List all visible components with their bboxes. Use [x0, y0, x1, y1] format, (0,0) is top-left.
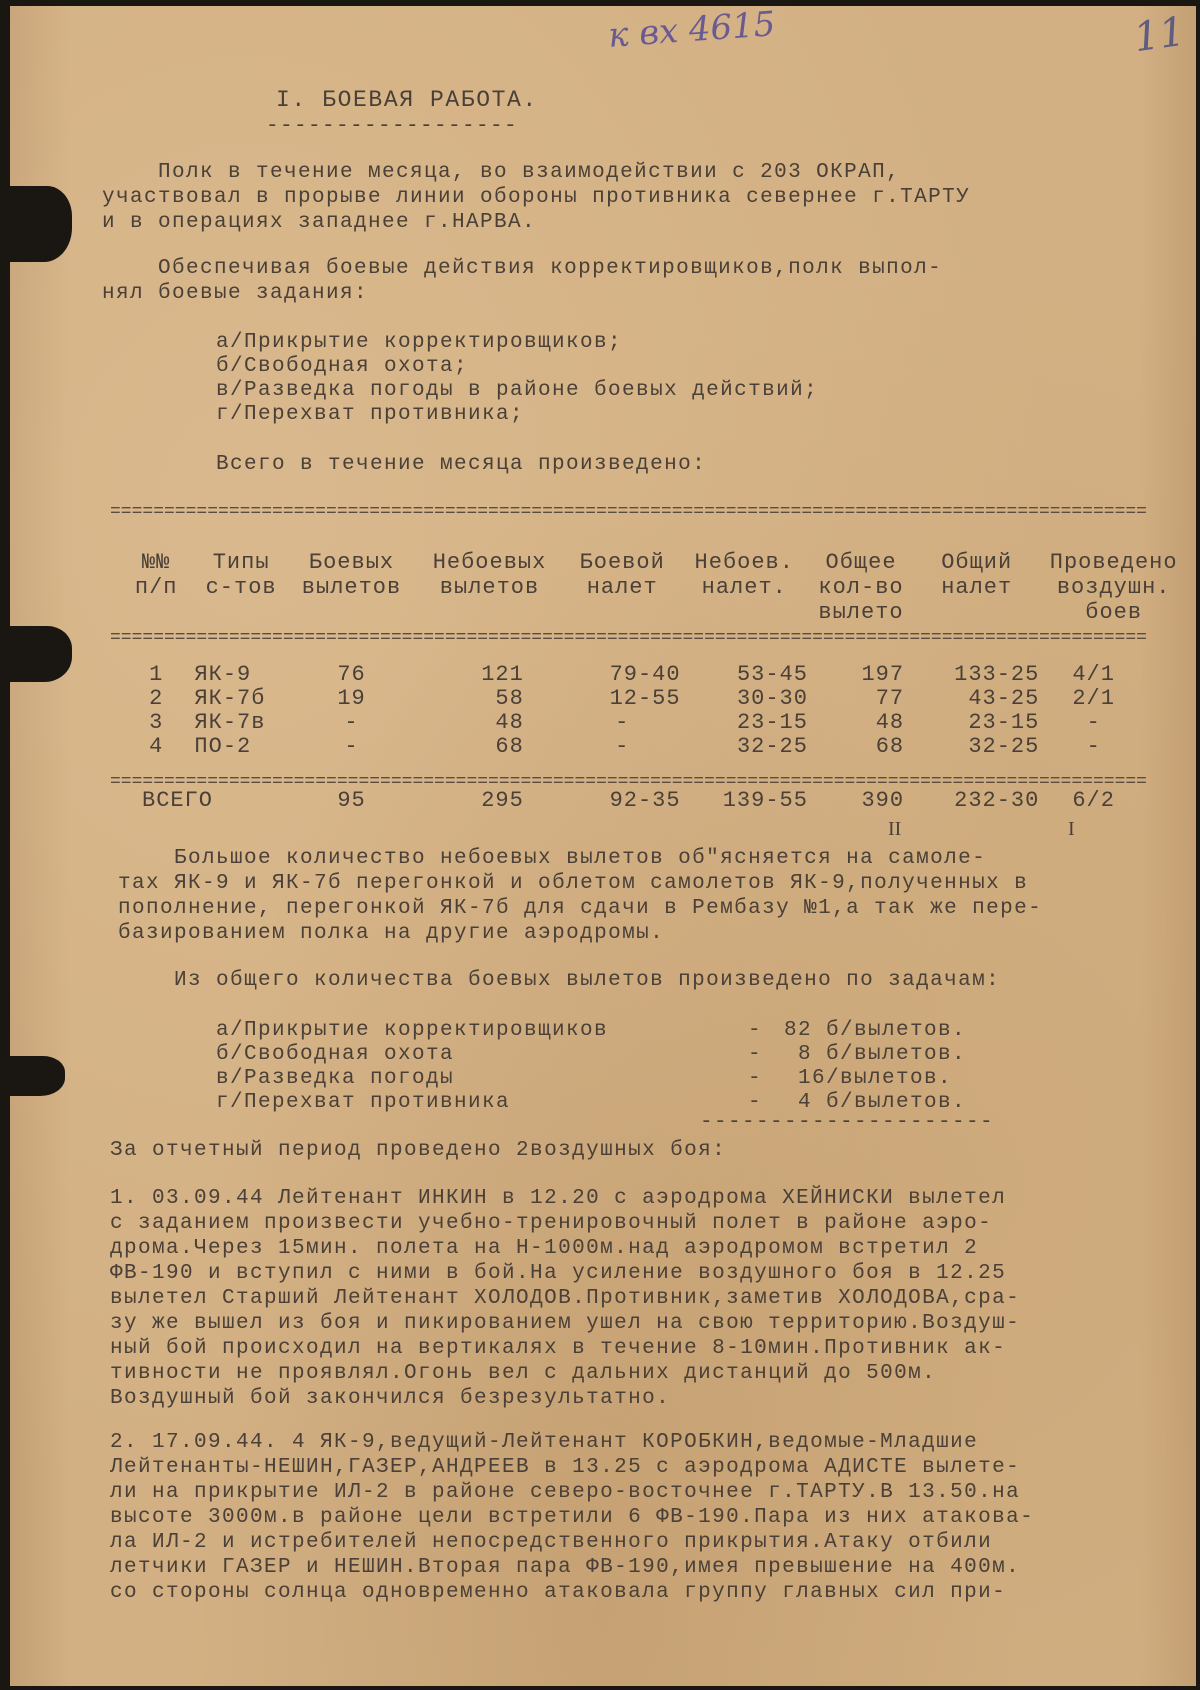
cell: 48 — [808, 711, 914, 735]
col-header-combat-flighttime: Боевойналет — [564, 550, 681, 625]
text-line: Лейтенанты-НЕШИН,ГАЗЕР,АНДРЕЕВ в 13.25 с… — [110, 1455, 1020, 1480]
cell: 53-45 — [681, 663, 808, 687]
text-line: участвовал в прорыве линии обороны проти… — [102, 185, 970, 210]
col-header-number: №№п/п — [118, 550, 194, 625]
text-line: Воздушный бой закончился безрезультатно. — [110, 1386, 670, 1411]
by-task-value: 82 б/вылетов. — [784, 1018, 966, 1043]
cell: 77 — [808, 687, 914, 711]
cell: 23-15 — [681, 711, 808, 735]
cell: 295 — [415, 789, 564, 813]
text-line: Большое количество небоевых вылетов об"я… — [118, 846, 986, 871]
cell: 48 — [415, 711, 564, 735]
col-header-type: Типыс-тов — [194, 550, 287, 625]
text-line: нял боевые задания: — [102, 281, 368, 306]
binder-hole — [10, 1056, 65, 1096]
cell: 30-30 — [681, 687, 808, 711]
cell: 23-15 — [914, 711, 1039, 735]
text-line: ли на прикрытие ИЛ-2 в районе северо-вос… — [110, 1480, 1020, 1505]
text-line: дрома.Через 15мин. полета на Н-1000м.над… — [110, 1236, 978, 1261]
cell: 2 — [118, 687, 194, 711]
by-task-label: в/Разведка погоды — [216, 1066, 454, 1091]
cell: - — [1039, 711, 1188, 735]
cell: - — [1039, 735, 1188, 759]
text-line: зу же вышел из боя и пикированием ушел н… — [110, 1311, 1020, 1336]
total-intro: Всего в течение месяца произведено: — [216, 452, 706, 477]
text-line: 1. 03.09.44 Лейтенант ИНКИН в 12.20 с аэ… — [110, 1186, 1006, 1211]
col-header-air-battles: Проведеновоздушн.боев — [1039, 550, 1188, 625]
text-line: и в операциях западнее г.НАРВА. — [102, 210, 536, 235]
text-line: ФВ-190 и вступил с ними в бой.На усилени… — [110, 1261, 1006, 1286]
page-number: 11 — [1131, 9, 1188, 62]
by-task-value: 16/вылетов. — [784, 1066, 952, 1091]
text-line: пополнение, перегонкой ЯК-7б для сдачи в… — [118, 896, 1042, 921]
by-task-label: б/Свободная охота — [216, 1042, 454, 1067]
binder-hole — [10, 626, 72, 682]
cell: 121 — [415, 663, 564, 687]
section-title: I. БОЕВАЯ РАБОТА. — [276, 88, 538, 113]
task-item: б/Свободная охота; — [216, 354, 468, 379]
table-row: 2 ЯК-7б 19 58 12-55 30-30 77 43-25 2/1 — [118, 687, 1188, 711]
text-line: тах ЯК-9 и ЯК-7б перегонкой и облетом са… — [118, 871, 1028, 896]
annotation-roman-i: I — [1068, 818, 1075, 841]
annotation-roman-ii: II — [888, 818, 901, 841]
cell: - — [564, 735, 681, 759]
text-line: 2. 17.09.44. 4 ЯК-9,ведущий-Лейтенант КО… — [110, 1430, 978, 1455]
cell: 76 — [288, 663, 415, 687]
cell: 133-25 — [914, 663, 1039, 687]
by-task-intro: Из общего количества боевых вылетов прои… — [118, 968, 1000, 993]
archive-mark: к вх 4615 — [607, 4, 777, 56]
table-row: 4 ПО-2 - 68 - 32-25 68 32-25 - — [118, 735, 1188, 759]
binder-hole — [10, 186, 72, 262]
col-header-noncombat-sorties: Небоевыхвылетов — [415, 550, 564, 625]
cell: 92-35 — [564, 789, 681, 813]
by-task-value: 8 б/вылетов. — [784, 1042, 966, 1067]
text-line: ный бой происходил на вертикалях в течен… — [110, 1336, 1006, 1361]
title-underline: ------------------ — [266, 114, 518, 139]
col-header-total-flighttime: Общийналет — [914, 550, 1039, 625]
by-task-label: г/Перехват противника — [216, 1090, 510, 1115]
cell: 1 — [118, 663, 194, 687]
cell: 58 — [415, 687, 564, 711]
cell: 139-55 — [681, 789, 808, 813]
cell: 232-30 — [914, 789, 1039, 813]
total-label: ВСЕГО — [118, 789, 288, 813]
cell: ЯК-7в — [194, 711, 287, 735]
table-row: 3 ЯК-7в - 48 - 23-15 48 23-15 - — [118, 711, 1188, 735]
cell: 197 — [808, 663, 914, 687]
text-line: Полк в течение месяца, во взаимодействии… — [102, 160, 900, 185]
cell: 2/1 — [1039, 687, 1188, 711]
cell: 32-25 — [681, 735, 808, 759]
text-line: базированием полка на другие аэродромы. — [118, 921, 664, 946]
task-item: в/Разведка погоды в районе боевых действ… — [216, 378, 818, 403]
cell: 19 — [288, 687, 415, 711]
cell: 68 — [415, 735, 564, 759]
cell: - — [564, 711, 681, 735]
by-task-dash: - — [748, 1018, 762, 1043]
cell: ЯК-7б — [194, 687, 287, 711]
col-header-total-sorties: Общеекол-вовылето — [808, 550, 914, 625]
table-total-row: ВСЕГО 95 295 92-35 139-55 390 232-30 6/2 — [118, 789, 1188, 813]
cell: - — [288, 711, 415, 735]
by-task-dash: - — [748, 1066, 762, 1091]
table-header-row: №№п/п Типыс-тов Боевыхвылетов Небоевыхвы… — [118, 550, 1188, 625]
col-header-noncombat-flighttime: Небоев.налет. — [681, 550, 808, 625]
cell: ЯК-9 — [194, 663, 287, 687]
document-page: к вх 4615 11 I. БОЕВАЯ РАБОТА. ---------… — [10, 6, 1196, 1686]
cell: ПО-2 — [194, 735, 287, 759]
cell: 390 — [808, 789, 914, 813]
task-item: г/Перехват противника; — [216, 402, 524, 427]
cell: 6/2 — [1039, 789, 1188, 813]
cell: 95 — [288, 789, 415, 813]
col-header-combat-sorties: Боевыхвылетов — [288, 550, 415, 625]
text-line: вылетел Старший Лейтенант ХОЛОДОВ.Против… — [110, 1286, 1020, 1311]
air-battles-intro: За отчетный период проведено 2воздушных … — [110, 1138, 726, 1163]
cell: 43-25 — [914, 687, 1039, 711]
text-line: ла ИЛ-2 и истребителей непосредственного… — [110, 1530, 992, 1555]
cell: 32-25 — [914, 735, 1039, 759]
table-row: 1 ЯК-9 76 121 79-40 53-45 197 133-25 4/1 — [118, 663, 1188, 687]
table-rule-top: ========================================… — [110, 502, 1200, 522]
text-line: Обеспечивая боевые действия корректировщ… — [102, 256, 942, 281]
text-line: тивности не проявлял.Огонь вел с дальних… — [110, 1361, 936, 1386]
cell: 4 — [118, 735, 194, 759]
cell: 68 — [808, 735, 914, 759]
task-item: а/Прикрытие корректировщиков; — [216, 330, 622, 355]
by-task-dash: - — [748, 1042, 762, 1067]
cell: 12-55 — [564, 687, 681, 711]
text-line: летчики ГАЗЕР и НЕШИН.Вторая пара ФВ-190… — [110, 1555, 1020, 1580]
cell: 4/1 — [1039, 663, 1188, 687]
cell: 79-40 — [564, 663, 681, 687]
text-line: с заданием произвести учебно-тренировочн… — [110, 1211, 992, 1236]
by-task-underline: --------------------- — [700, 1110, 994, 1135]
sorties-table: №№п/п Типыс-тов Боевыхвылетов Небоевыхвы… — [118, 550, 1188, 813]
text-line: со стороны солнца одновременно атаковала… — [110, 1580, 1006, 1605]
by-task-label: а/Прикрытие корректировщиков — [216, 1018, 608, 1043]
text-line: высоте 3000м.в районе цели встретили 6 Ф… — [110, 1505, 1034, 1530]
cell: 3 — [118, 711, 194, 735]
cell: - — [288, 735, 415, 759]
